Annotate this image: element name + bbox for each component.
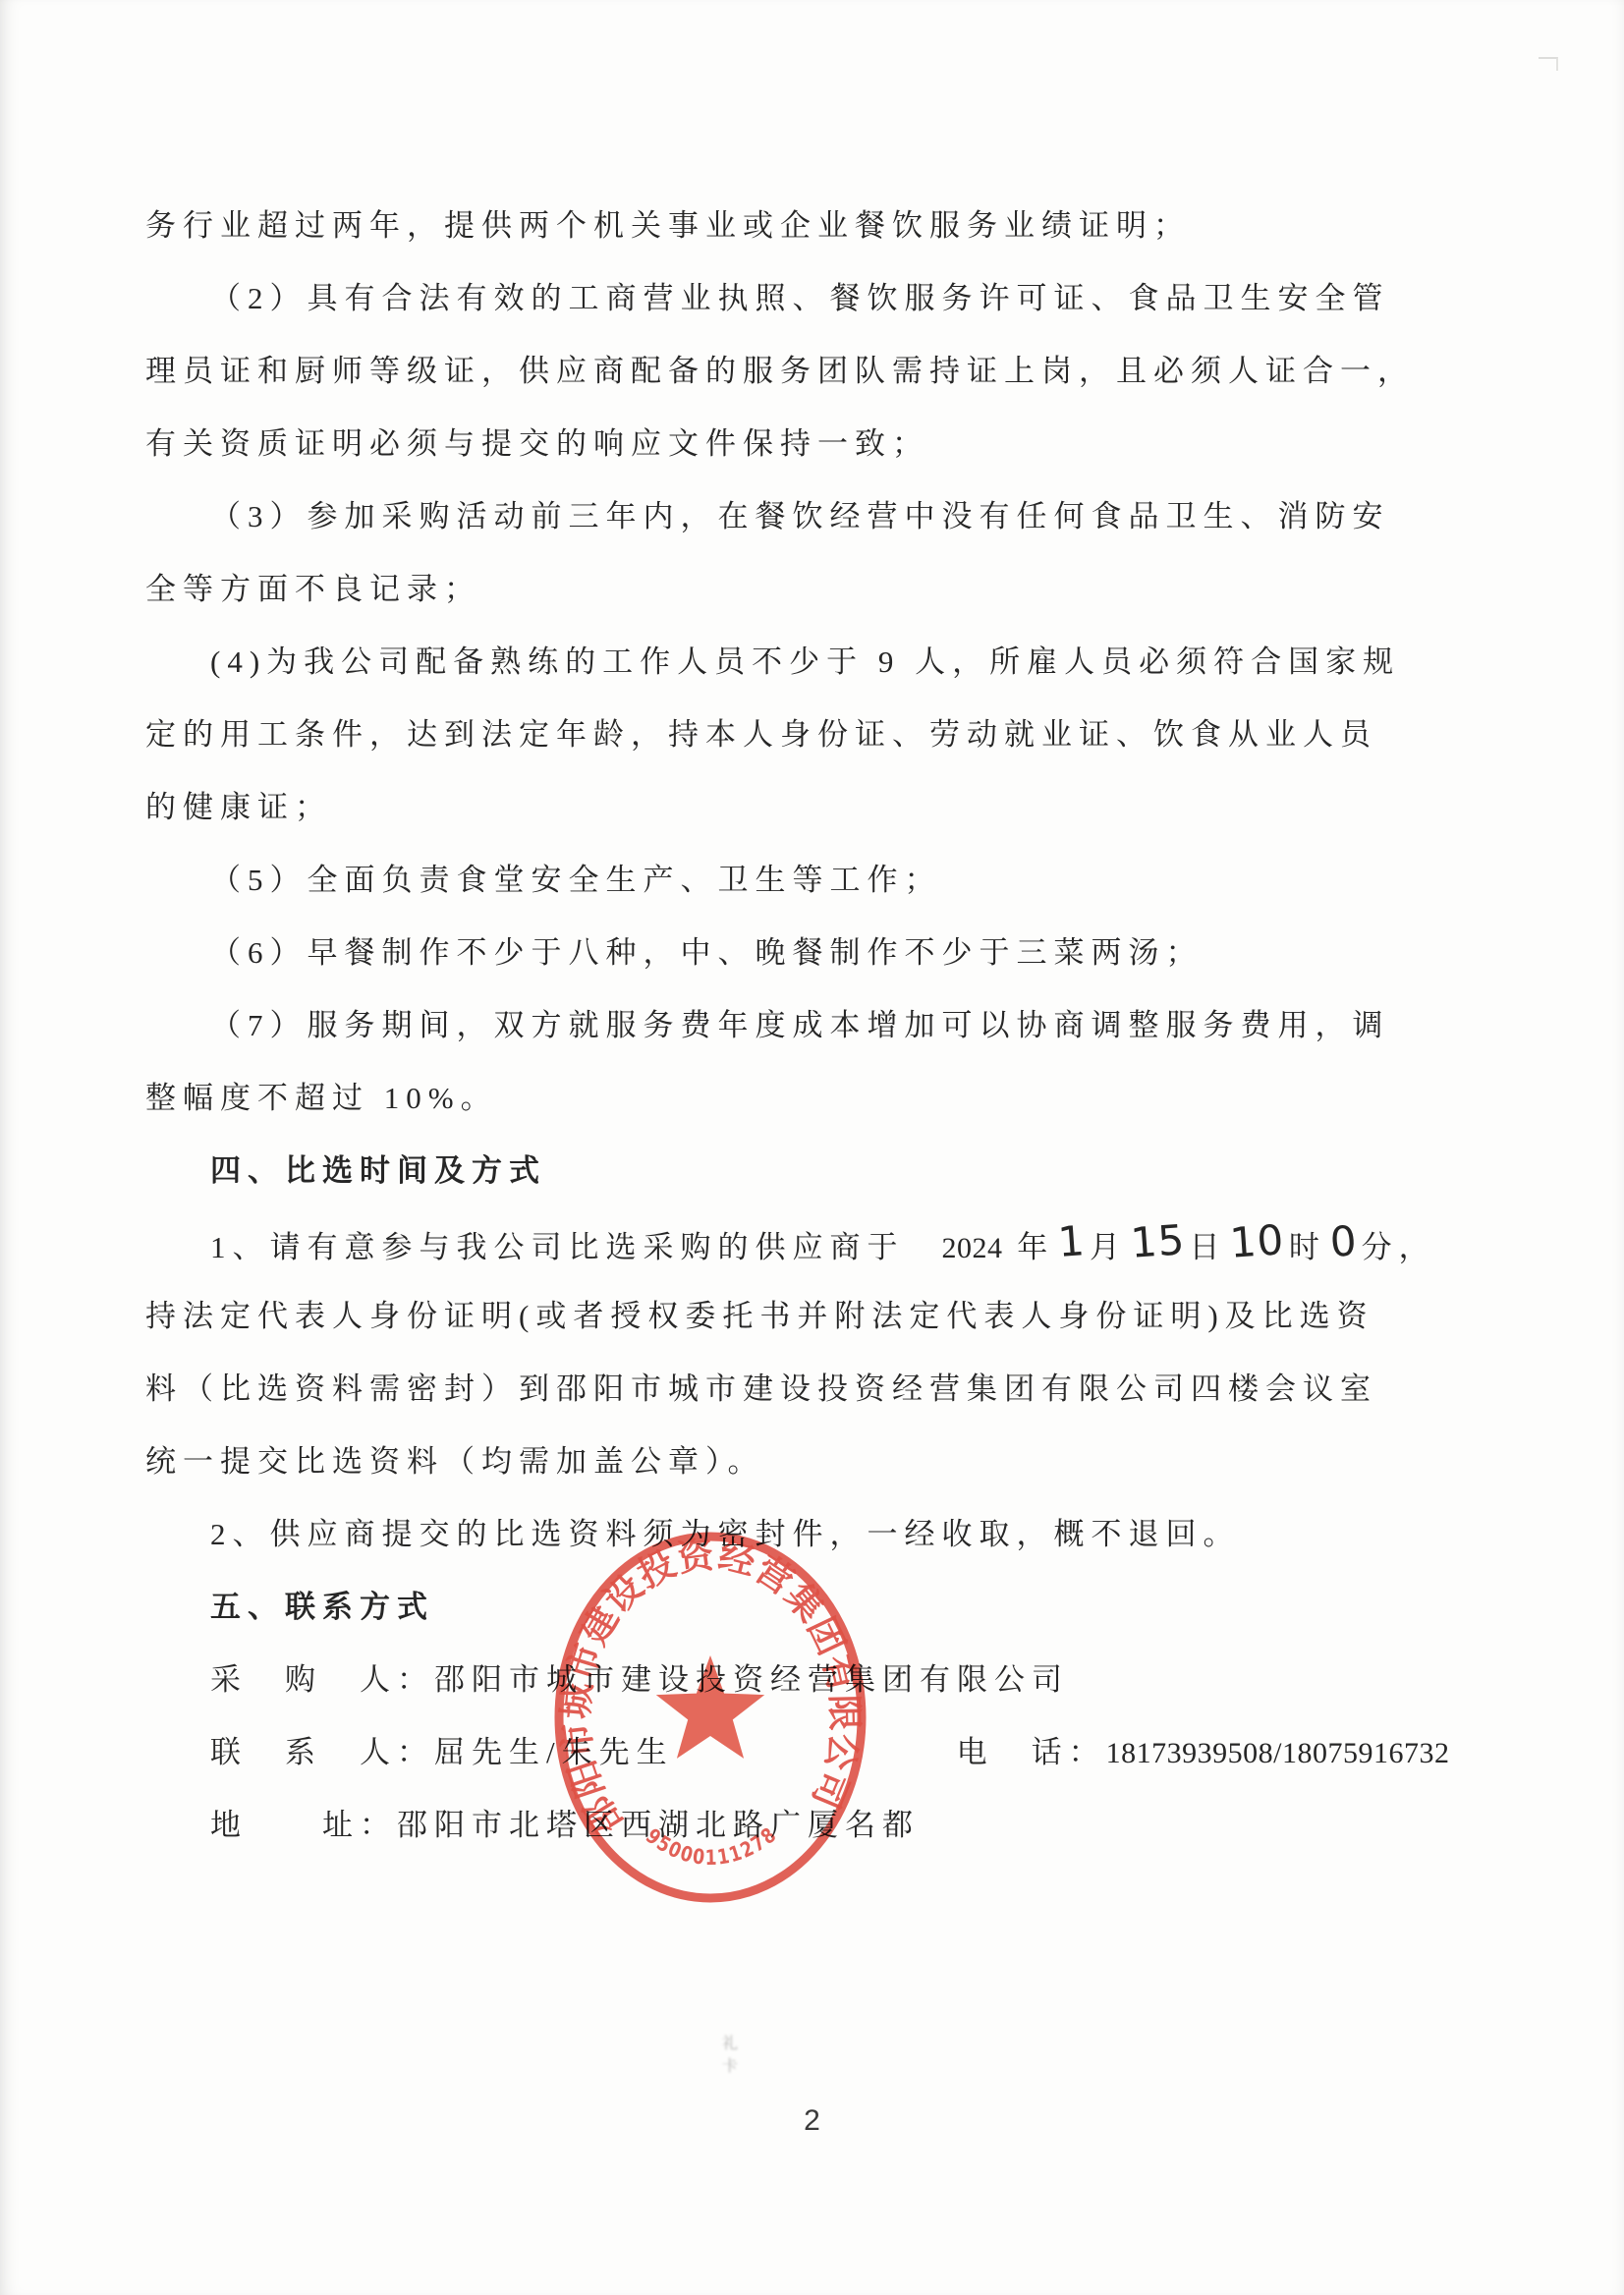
body-line: 定的用工条件，达到法定年龄，持本人身份证、劳动就业证、饮食从业人员 [145, 699, 1482, 771]
body-line: 持法定代表人身份证明(或者授权委托书并附法定代表人身份证明)及比选资 [145, 1280, 1482, 1353]
body-line: 料（比选资料需密封）到邵阳市城市建设投资经营集团有限公司四楼会议室 [145, 1353, 1482, 1426]
body-line: 统一提交比选资料（均需加盖公章）。 [145, 1426, 1482, 1498]
handwritten-hour: 10 [1224, 1203, 1291, 1280]
date-line: 1、请有意参与我公司比选采购的供应商于2024 年1月15日10时0分， [145, 1207, 1482, 1280]
month-unit: 月 [1090, 1230, 1127, 1264]
body-line: (4)为我公司配备熟练的工作人员不少于 9 人，所雇人员必须符合国家规 [145, 626, 1482, 699]
handwritten-minute: 0 [1323, 1204, 1364, 1279]
body-line: （6）早餐制作不少于八种，中、晚餐制作不少于三菜两汤； [145, 917, 1482, 989]
body-line: （2）具有合法有效的工商营业执照、餐饮服务许可证、食品卫生安全管 [145, 262, 1482, 335]
address-label: 地 址： [210, 1808, 397, 1842]
body-line: 全等方面不良记录； [145, 553, 1482, 626]
section-heading-4: 四、比选时间及方式 [145, 1135, 1482, 1207]
day-unit: 日 [1189, 1230, 1226, 1264]
body-line: 整幅度不超过 10%。 [145, 1062, 1482, 1135]
year-value: 2024 [942, 1232, 1003, 1264]
handwritten-month: 1 [1052, 1204, 1092, 1279]
contact-person-label: 联 系 人： [210, 1735, 434, 1769]
seal-star-icon [656, 1655, 764, 1759]
document-page: 务行业超过两年，提供两个机关事业或企业餐饮服务业绩证明； （2）具有合法有效的工… [0, 0, 1624, 2295]
seal-graphics: 邵阳市城市建设投资经营集团有限公司 95000111278 [555, 1535, 865, 1898]
body-line: 务行业超过两年，提供两个机关事业或企业餐饮服务业绩证明； [145, 190, 1482, 262]
buyer-label: 采 购 人： [210, 1662, 434, 1697]
page-number: 2 [0, 2104, 1624, 2138]
body-line: （3）参加采购活动前三年内，在餐饮经营中没有任何食品卫生、消防安 [145, 480, 1482, 553]
seal-serial-number: 95000111278 [642, 1822, 782, 1870]
year-unit: 年 [1003, 1230, 1055, 1264]
phone-value: 18173939508/18075916732 [1106, 1737, 1450, 1769]
hour-unit: 时 [1289, 1230, 1326, 1264]
body-line: （7）服务期间，双方就服务费年度成本增加可以协商调整服务费用，调 [145, 989, 1482, 1062]
faint-ink-smudge: 礼 卡 [722, 2031, 767, 2056]
date-line-prefix: 1、请有意参与我公司比选采购的供应商于 [210, 1230, 905, 1264]
handwritten-day: 15 [1124, 1203, 1191, 1280]
body-line: 有关资质证明必须与提交的响应文件保持一致； [145, 408, 1482, 480]
scan-artifact-mark [1539, 57, 1558, 71]
body-line: 理员证和厨师等级证，供应商配备的服务团队需持证上岗，且必须人证合一， [145, 335, 1482, 408]
phone-label: 电 话： [957, 1735, 1106, 1769]
body-line: 的健康证； [145, 771, 1482, 844]
body-line: （5）全面负责食堂安全生产、卫生等工作； [145, 844, 1482, 917]
minute-unit: 分， [1362, 1230, 1436, 1264]
company-seal: 邵阳市城市建设投资经营集团有限公司 95000111278 [543, 1531, 877, 1916]
